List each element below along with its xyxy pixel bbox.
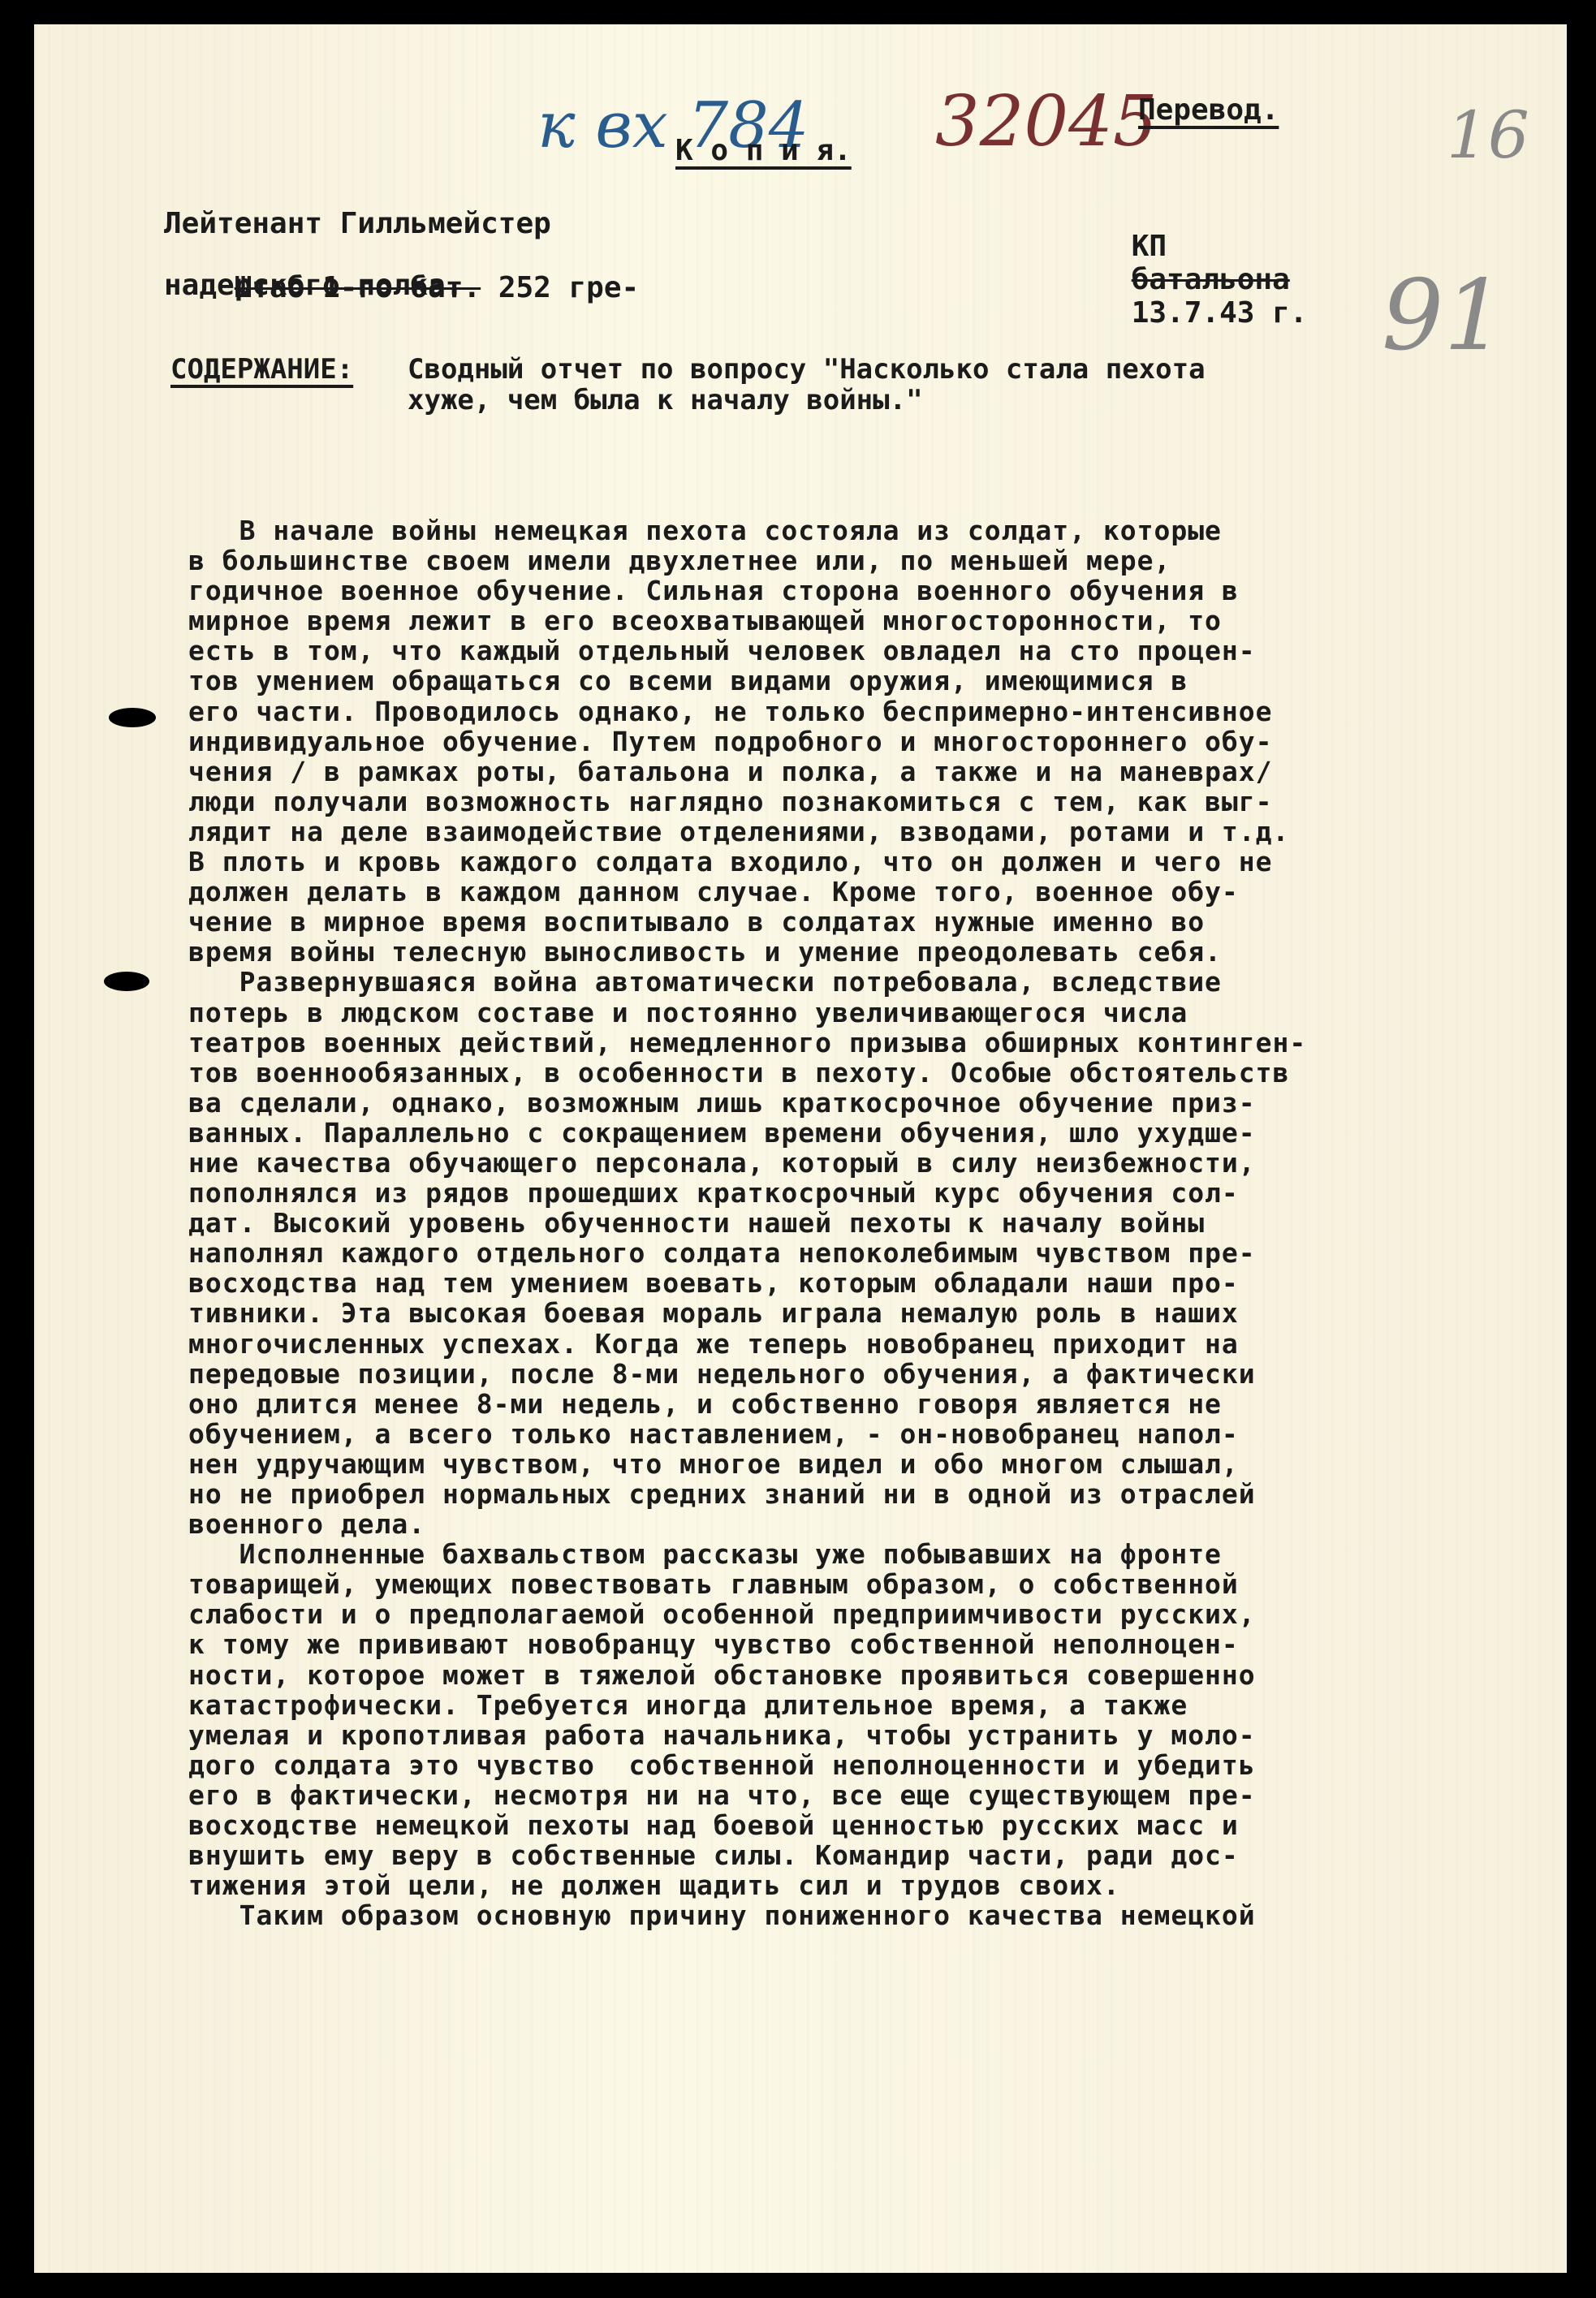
body-line: наполнял каждого отдельного солдата непо… [188, 1238, 1585, 1268]
body-line: годичное военное обучение. Сильная сторо… [188, 576, 1585, 606]
body-line: время войны телесную выносливость и умен… [188, 937, 1585, 967]
sender-line-3: надерского полка. [164, 269, 463, 302]
body-line: в большинстве своем имели двухлетнее или… [188, 545, 1585, 576]
body-line: В плоть и кровь каждого солдата входило,… [188, 847, 1585, 877]
body-line: товарищей, умеющих повествовать главным … [188, 1569, 1585, 1599]
location-prefix: КП [1132, 230, 1167, 263]
body-line: есть в том, что каждый отдельный человек… [188, 636, 1585, 666]
body-line: восходства над тем умением воевать, кото… [188, 1268, 1585, 1298]
body-line: лядит на деле взаимодействие отделениями… [188, 817, 1585, 847]
body-line: катастрофически. Требуется иногда длител… [188, 1690, 1585, 1720]
body-line: индивидуальное обучение. Путем подробног… [188, 726, 1585, 757]
body-line: военного дела. [188, 1509, 1585, 1539]
body-line: тов военнообязанных, в особенности в пех… [188, 1058, 1585, 1088]
body-line: дого солдата это чувство собственной неп… [188, 1750, 1585, 1780]
document-page: к вх 784 32045 16 91 Перевод. К о п и я.… [34, 24, 1567, 2273]
body-line: В начале войны немецкая пехота состояла … [188, 515, 1585, 545]
body-line: его части. Проводилось однако, не только… [188, 696, 1585, 726]
location-struck: батальона [1132, 263, 1290, 296]
punch-hole-bottom [104, 972, 149, 991]
body-line: мирное время лежит в его всеохватывающей… [188, 606, 1585, 636]
body-line: Таким образом основную причину пониженно… [188, 1900, 1585, 1930]
subject-line-2: хуже, чем была к началу войны." [408, 384, 923, 416]
kopiya-title: К о п и я. [675, 134, 852, 167]
body-line: Развернувшаяся война автоматически потре… [188, 967, 1585, 997]
archive-number-handwritten: 32045 [935, 81, 1158, 162]
page-number-handwritten: 16 [1447, 97, 1529, 173]
body-line: к тому же прививают новобранцу чувство с… [188, 1629, 1585, 1659]
body-line: ние качества обучающего персонала, котор… [188, 1148, 1585, 1178]
subject-label: СОДЕРЖАНИЕ: [170, 353, 353, 386]
body-line: обучением, а всего только наставлением, … [188, 1419, 1585, 1449]
body-line: чение в мирное время воспитывало в солда… [188, 907, 1585, 937]
body-line: внушить ему веру в собственные силы. Ком… [188, 1840, 1585, 1870]
sender-unit-rest: 252 гре- [481, 271, 639, 304]
body-line: ности, которое может в тяжелой обстановк… [188, 1660, 1585, 1690]
body-line: восходстве немецкой пехоты над боевой це… [188, 1810, 1585, 1840]
body-line: передовые позиции, после 8-ми недельного… [188, 1359, 1585, 1389]
body-line: Исполненные бахвальством рассказы уже по… [188, 1539, 1585, 1569]
body-line: должен делать в каждом данном случае. Кр… [188, 877, 1585, 907]
body-line: люди получали возможность наглядно позна… [188, 787, 1585, 817]
body-line: многочисленных успехах. Когда же теперь … [188, 1329, 1585, 1359]
body-line: нен удручающим чувством, что многое виде… [188, 1449, 1585, 1479]
body-line: пополнялся из рядов прошедших краткосроч… [188, 1178, 1585, 1208]
punch-hole-top [109, 708, 156, 727]
body-line: чения / в рамках роты, батальона и полка… [188, 757, 1585, 787]
body-line: оно длится менее 8-ми недель, и собствен… [188, 1389, 1585, 1419]
location-date-line: КП батальона 13.7.43 г. [1061, 196, 1307, 363]
body-line: дат. Высокий уровень обученности нашей п… [188, 1208, 1585, 1238]
signature-mark-handwritten: 91 [1382, 260, 1506, 373]
body-line: слабости и о предполагаемой особенной пр… [188, 1599, 1585, 1629]
body-line: театров военных действий, немедленного п… [188, 1028, 1585, 1058]
document-body: В начале войны немецкая пехота состояла … [188, 515, 1585, 1930]
body-line: тивники. Эта высокая боевая мораль играл… [188, 1298, 1585, 1328]
perevod-label: Перевод. [1138, 93, 1279, 127]
document-date: 13.7.43 г. [1132, 296, 1308, 330]
body-line: ва сделали, однако, возможным лишь кратк… [188, 1088, 1585, 1118]
body-line: тов умением обращаться со всеми видами о… [188, 666, 1585, 696]
body-line: тижения этой цели, не должен щадить сил … [188, 1870, 1585, 1900]
body-line: ванных. Параллельно с сокращением времен… [188, 1118, 1585, 1148]
subject-line-1: Сводный отчет по вопросу "Насколько стал… [408, 353, 1206, 386]
body-line: потерь в людском составе и постоянно уве… [188, 998, 1585, 1028]
sender-line-1: Лейтенант Гилльмейстер [164, 207, 551, 240]
body-line: но не приобрел нормальных средних знаний… [188, 1479, 1585, 1509]
body-line: умелая и кропотливая работа начальника, … [188, 1720, 1585, 1750]
body-line: его в фактически, несмотря ни на что, вс… [188, 1780, 1585, 1810]
